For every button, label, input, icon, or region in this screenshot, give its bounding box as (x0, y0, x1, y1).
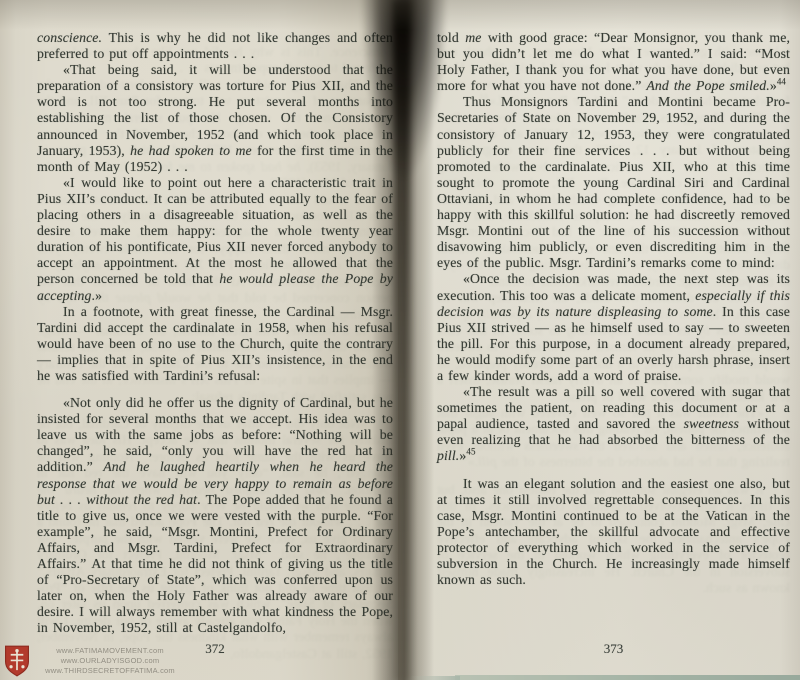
paragraph: «That being said, it will be understood … (37, 62, 393, 175)
left-page-text: conscience. This is why he did not like … (37, 30, 393, 636)
watermark-url: www.OURLADYISGOD.com (30, 656, 190, 666)
page-left: conscience. This is why he did not like … (0, 0, 398, 680)
paragraph: conscience. This is why he did not like … (37, 30, 393, 62)
book-scan: conscience. This is why he did not like … (0, 0, 800, 680)
paragraph: «Not only did he offer us the dignity of… (37, 395, 393, 636)
watermark-url: www.THIRDSECRETOFFATIMA.com (30, 666, 190, 676)
watermark-block: www.FATIMAMOVEMENT.com www.OURLADYISGOD.… (30, 646, 190, 676)
publisher-crest-icon (3, 645, 31, 677)
paragraph: In a footnote, with great finesse, the C… (37, 304, 393, 384)
paragraph: It was an elegant solution and the easie… (437, 476, 790, 589)
paragraph: «I would like to point out here a charac… (37, 175, 393, 304)
paragraph: told me with good grace: “Dear Monsignor… (437, 30, 790, 94)
page-right: told me with good grace: “Dear Monsignor… (398, 0, 800, 680)
page-number-right: 373 (437, 641, 790, 657)
scan-edge-strip (455, 675, 800, 680)
scan-edge-strip-fade (410, 676, 460, 680)
paragraph: «Once the decision was made, the next st… (437, 271, 790, 384)
watermark-url: www.FATIMAMOVEMENT.com (30, 646, 190, 656)
book-gutter-top-shadow (360, 0, 448, 210)
right-page-text: told me with good grace: “Dear Monsignor… (437, 30, 790, 588)
paragraph: Thus Monsignors Tardini and Montini beca… (437, 94, 790, 271)
paragraph: «The result was a pill so well covered w… (437, 384, 790, 464)
